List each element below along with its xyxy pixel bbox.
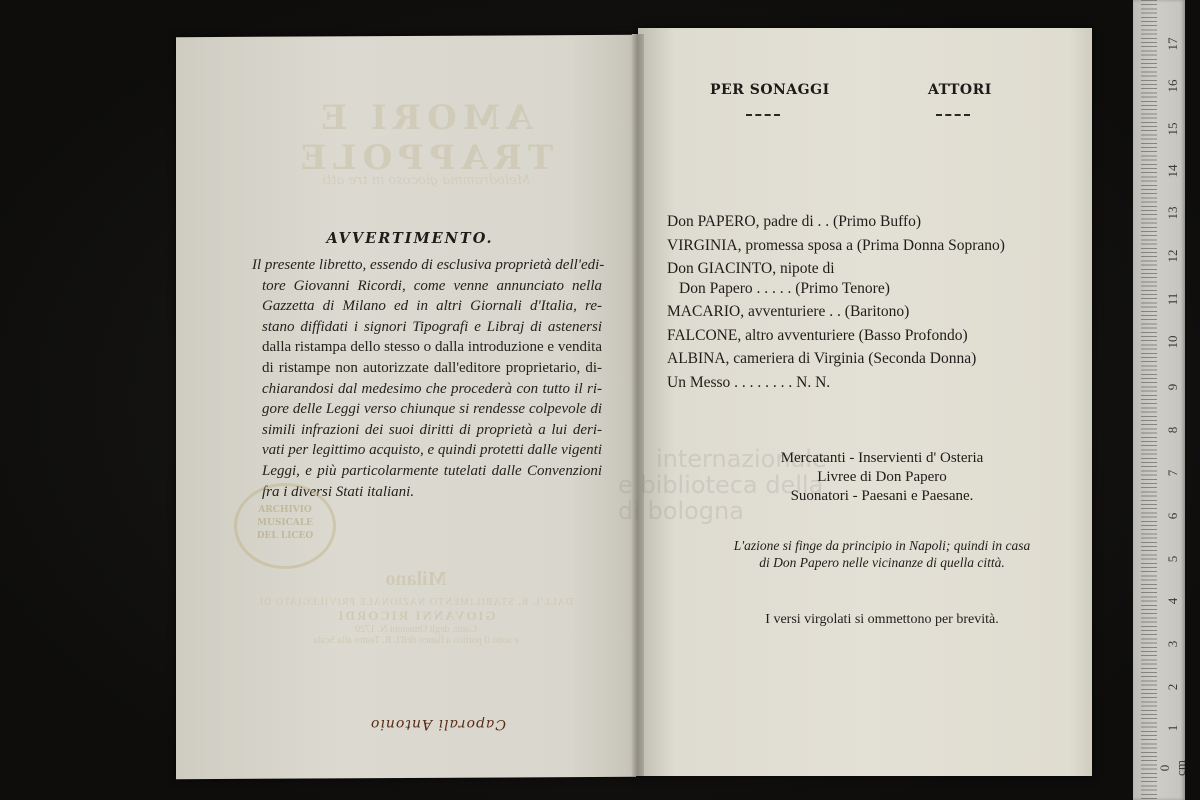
ruler-mark: 8 <box>1165 420 1181 440</box>
chorus-line: Suonatori - Paesani e Paesane. <box>672 487 1092 506</box>
heading-rule <box>936 114 970 116</box>
notice-line: Il presente libretto, essendo di esclusi… <box>252 255 602 276</box>
measurement-ruler: 0 cm 1 2 3 4 5 6 7 8 9 10 11 12 13 14 15… <box>1133 0 1185 800</box>
notice-line: simili infrazioni dei suoi diritti di pr… <box>252 420 602 441</box>
ruler-mark: 14 <box>1165 161 1181 181</box>
notice-line: chiarandosi dal medesimo che procederà c… <box>252 379 602 400</box>
notice-line: Leggi, e più particolarmente tutelati da… <box>252 461 602 482</box>
library-stamp: ARCHIVIO MUSICALE DEL LICEO <box>234 483 336 569</box>
notice-line: Gazzetta di Milano ed in altri Giornali … <box>252 296 602 317</box>
imprint-line: DALL'I. R. STABILIMENTO NAZIONALE PRIVIL… <box>236 597 596 608</box>
imprint-city: Milano <box>236 568 596 591</box>
ruler-mark: 11 <box>1165 289 1181 309</box>
book-gutter <box>632 34 644 776</box>
notice-line: stano diffidati i signori Tipografi e Li… <box>252 317 602 338</box>
cast-list: Don PAPERO, padre di . . (Primo Buffo) V… <box>667 210 1037 394</box>
characters-heading: PER SONAGGI <box>710 82 830 98</box>
cast-entry: FALCONE, altro avventuriere (Basso Profo… <box>667 324 1037 348</box>
ruler-mark: 5 <box>1165 549 1181 569</box>
imprint-line: Contr. degli Omenoni N. 1720 <box>236 624 596 635</box>
ruler-mark: 13 <box>1165 203 1181 223</box>
ruler-mark: 9 <box>1165 377 1181 397</box>
cast-entry-continuation: Don Papero . . . . . (Primo Tenore) <box>667 277 1037 301</box>
ruler-mark: 2 <box>1165 677 1181 697</box>
ruler-mark: 17 <box>1165 34 1181 54</box>
notice-line: tore Giovanni Ricordi, come venne annunc… <box>252 276 602 297</box>
heading-rule <box>746 114 780 116</box>
chorus-line: Mercatanti - Inservienti d' Osteria <box>672 449 1092 468</box>
copyright-notice: Il presente libretto, essendo di esclusi… <box>252 255 602 502</box>
setting-line: L'azione si finge da principio in Napoli… <box>672 537 1092 554</box>
ruler-ticks <box>1141 0 1157 800</box>
cast-entry: MACARIO, avventuriere . . (Baritono) <box>667 300 1037 324</box>
chorus-line: Livree di Don Papero <box>672 468 1092 487</box>
notice-line: vati per legittimo acquisto, e quindi pr… <box>252 440 602 461</box>
chorus-list: Mercatanti - Inservienti d' Osteria Livr… <box>672 449 1092 506</box>
ruler-mark: 12 <box>1165 246 1181 266</box>
ruler-mark: 10 <box>1165 332 1181 352</box>
ruler-mark: 1 <box>1165 718 1181 738</box>
scene-setting: L'azione si finge da principio in Napoli… <box>672 537 1092 571</box>
open-libretto: AMORI E TRAPPOLE Melodramma giocoso in t… <box>176 28 1092 776</box>
ruler-mark: 6 <box>1165 506 1181 526</box>
stamp-line: ARCHIVIO <box>237 504 333 517</box>
cast-headers: PER SONAGGI ATTORI <box>710 82 1130 132</box>
ruler-mark: 7 <box>1165 463 1181 483</box>
ruler-unit-label: 0 cm <box>1157 758 1189 778</box>
ruler-mark: 4 <box>1165 591 1181 611</box>
setting-line: di Don Papero nelle vicinanze di quella … <box>672 554 1092 571</box>
imprint-publisher: GIOVANNI RICORDI <box>236 608 596 624</box>
cast-entry: VIRGINIA, promessa sposa a (Prima Donna … <box>667 234 1037 258</box>
cast-entry: ALBINA, cameriera di Virginia (Seconda D… <box>667 347 1037 371</box>
notice-heading: AVVERTIMENTO. <box>260 230 560 247</box>
ruler-mark: 3 <box>1165 634 1181 654</box>
imprint-line: e sotto il portico a fianco dell'I. R. T… <box>236 635 596 646</box>
cast-entry: Don PAPERO, padre di . . (Primo Buffo) <box>667 210 1037 234</box>
ruler-mark: 15 <box>1165 119 1181 139</box>
notice-line: di ristampe non autorizzate dall'editore… <box>252 358 602 379</box>
ruler-mark: 16 <box>1165 76 1181 96</box>
notice-line: gore delle Leggi verso chiunque si rende… <box>252 399 602 420</box>
right-page <box>638 28 1092 776</box>
verses-note: I versi virgolati si ommettono per brevi… <box>672 612 1092 628</box>
cast-entry: Un Messo . . . . . . . . N. N. <box>667 371 1037 395</box>
bleed-through-subtitle: Melodramma giocoso in tre atti <box>296 173 556 188</box>
actors-heading: ATTORI <box>928 82 992 98</box>
bleed-through-imprint: Milano DALL'I. R. STABILIMENTO NAZIONALE… <box>236 568 596 646</box>
handwritten-signature: Caporali Antonio <box>326 716 506 732</box>
bleed-through-title: AMORI E TRAPPOLE <box>224 98 624 178</box>
stamp-line: MUSICALE <box>237 517 333 530</box>
notice-line: dalla ristampa dello stesso o dalla intr… <box>252 337 602 358</box>
stamp-line: DEL LICEO <box>237 530 333 543</box>
